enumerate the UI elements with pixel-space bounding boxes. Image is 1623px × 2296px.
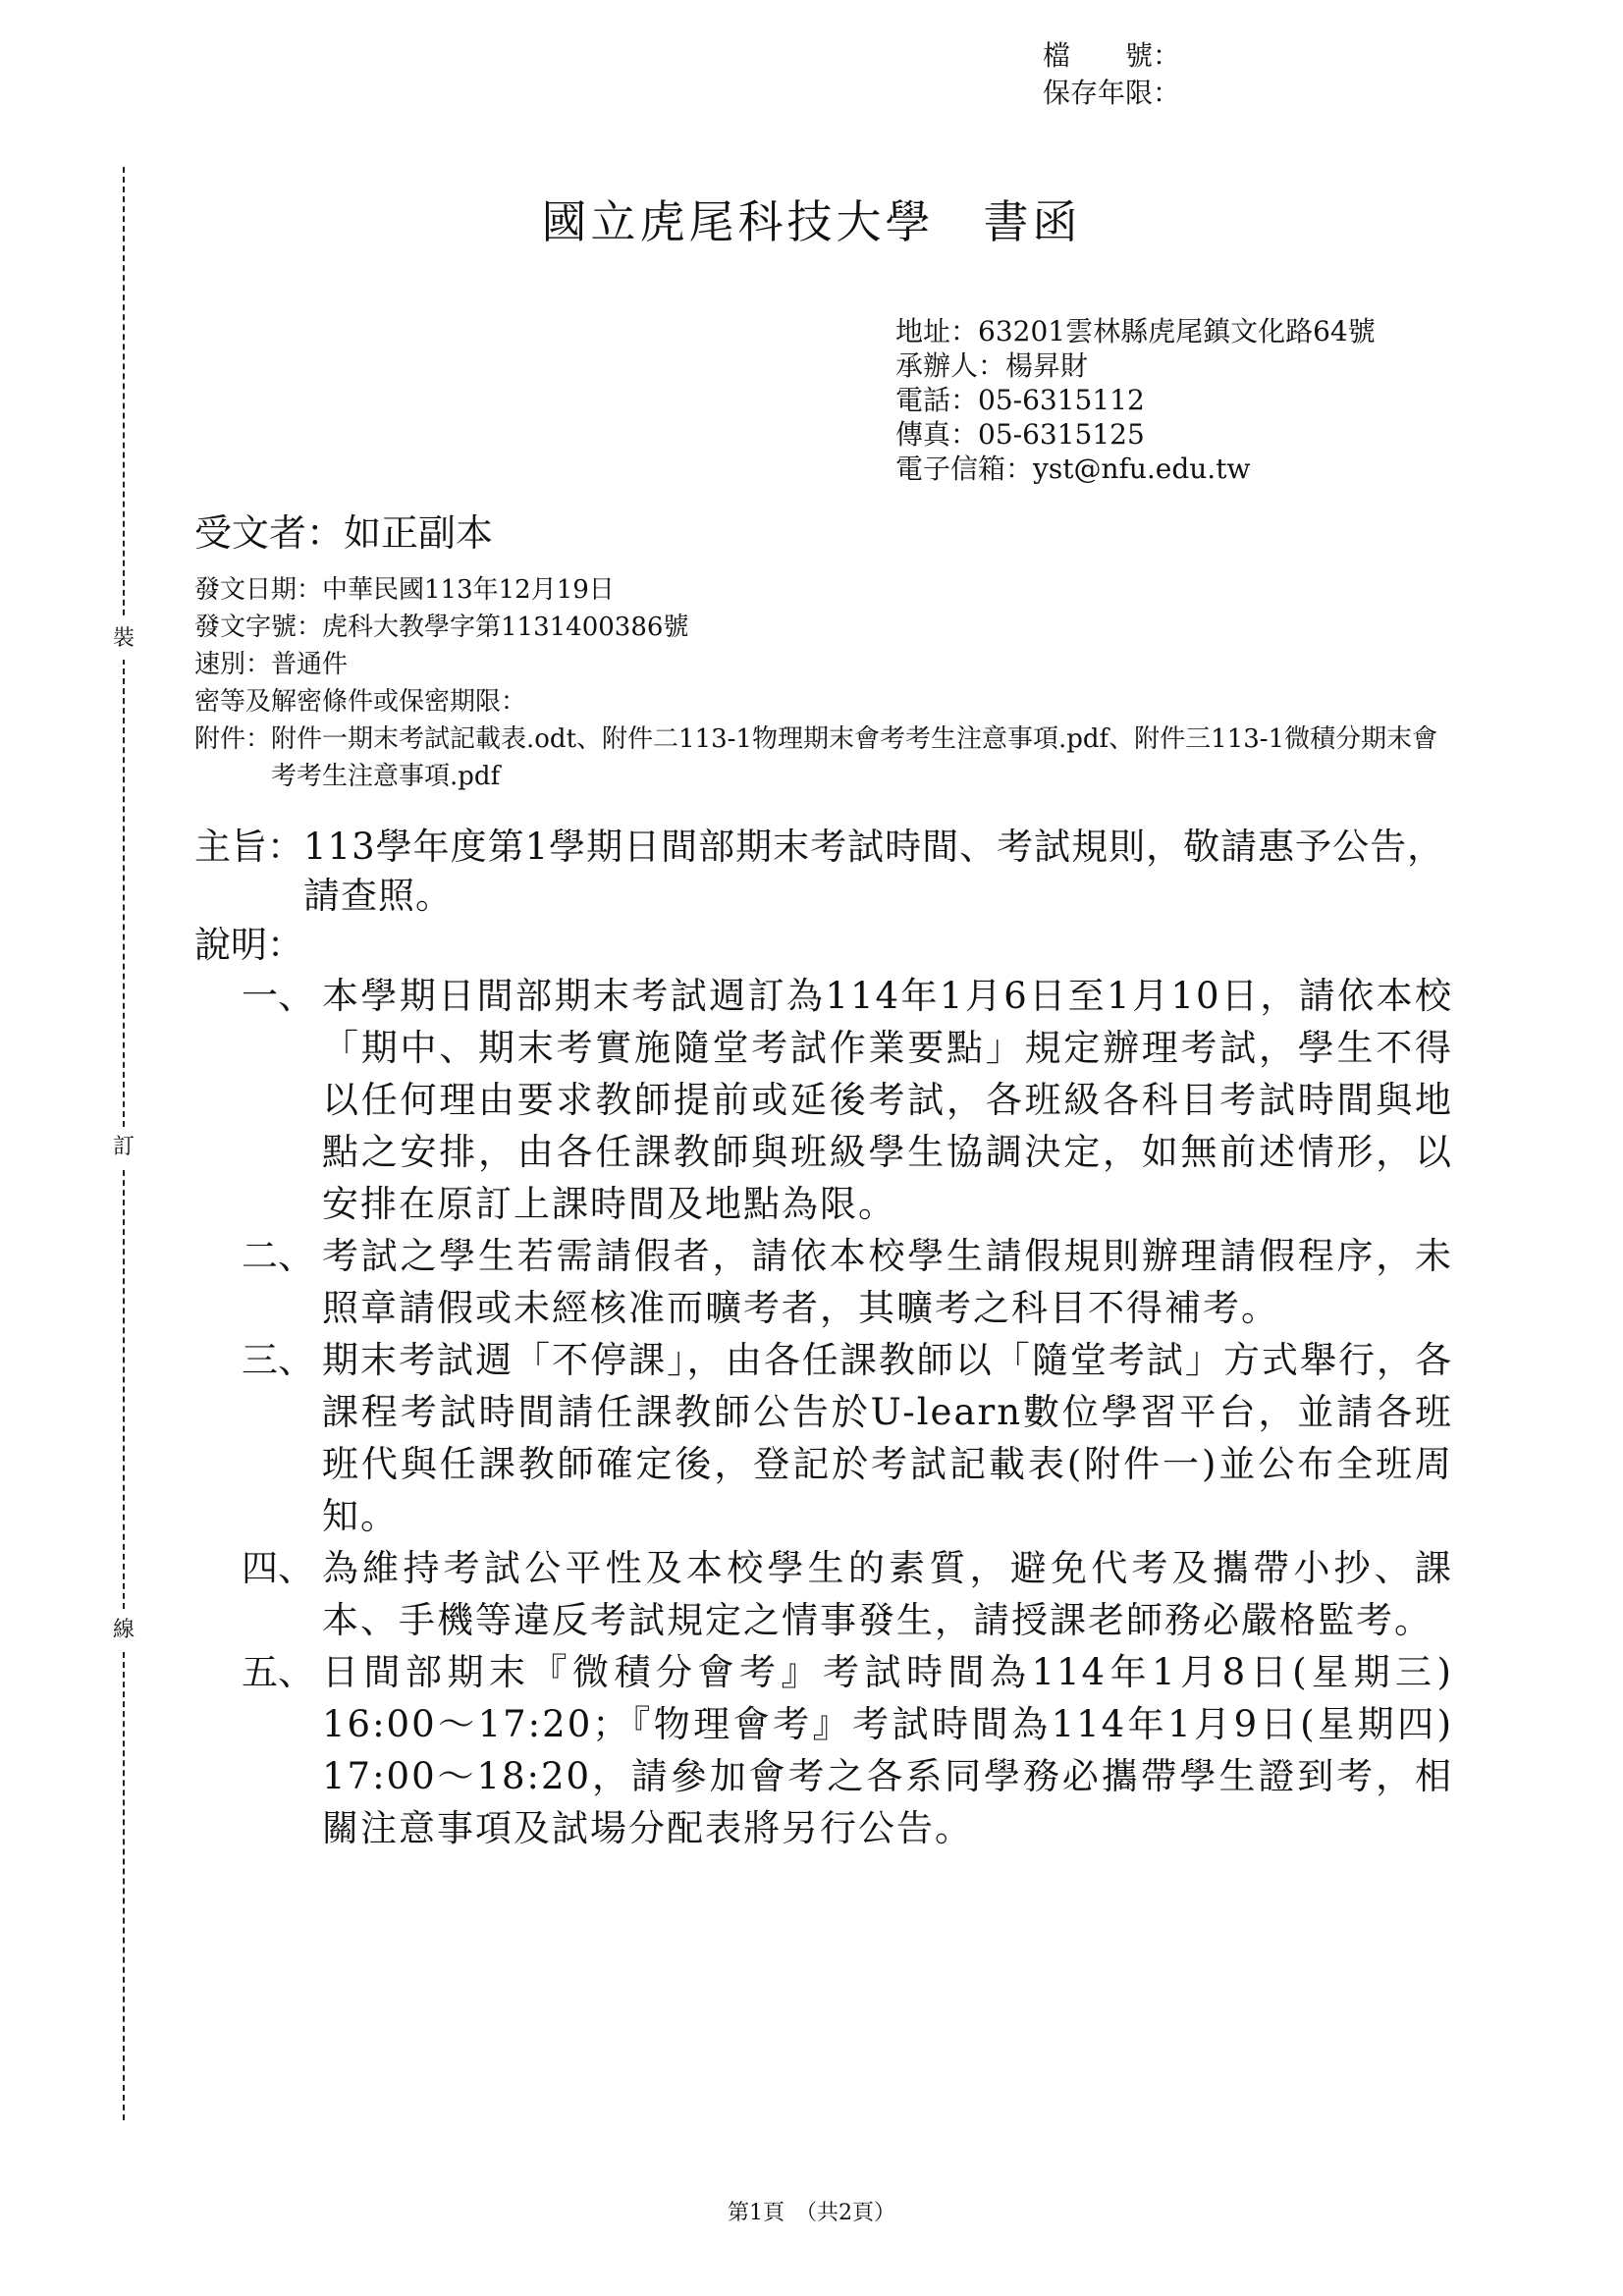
file-meta: 檔 號： 保存年限： — [1043, 37, 1180, 112]
page-number: 第1頁 （共2頁） — [0, 2196, 1623, 2226]
item-number: 三、 — [242, 1334, 322, 1542]
address: 地址：63201雲林縣虎尾鎮文化路64號 — [895, 314, 1376, 348]
secrecy-level: 密等及解密條件或保密期限： — [194, 683, 1451, 721]
attachments-label: 附件： — [194, 721, 271, 795]
phone: 電話：05-6315112 — [895, 383, 1376, 417]
document-title: 國立虎尾科技大學 書函 — [0, 187, 1623, 251]
recipient: 受文者：如正副本 — [194, 503, 493, 557]
explanation-item: 四、 為維持考試公平性及本校學生的素質，避免代考及攜帶小抄、課本、手機等違反考試… — [242, 1542, 1453, 1646]
binding-mark-xian: 線 — [110, 1610, 137, 1651]
explanation-items: 一、 本學期日間部期末考試週訂為114年1月6日至1月10日，請依本校「期中、期… — [242, 970, 1453, 1854]
fax: 傳真：05-6315125 — [895, 417, 1376, 452]
explanation-item: 一、 本學期日間部期末考試週訂為114年1月6日至1月10日，請依本校「期中、期… — [242, 970, 1453, 1230]
subject: 主旨： 113學年度第1學期日間部期末考試時間、考試規則，敬請惠予公告，請查照。 — [194, 823, 1453, 921]
binding-mark-ding: 訂 — [110, 1127, 137, 1168]
attachments-list: 附件一期末考試記載表.odt、附件二113-1物理期末會考考生注意事項.pdf、… — [271, 721, 1449, 795]
item-number: 二、 — [242, 1230, 322, 1334]
item-number: 五、 — [242, 1646, 322, 1854]
issue-date: 發文日期：中華民國113年12月19日 — [194, 571, 1451, 609]
item-text: 日間部期末『微積分會考』考試時間為114年1月8日(星期三) 16:00～17:… — [322, 1646, 1453, 1854]
subject-label: 主旨： — [194, 823, 303, 921]
item-text: 本學期日間部期末考試週訂為114年1月6日至1月10日，請依本校「期中、期末考實… — [322, 970, 1453, 1230]
handler: 承辦人：楊昇財 — [895, 348, 1376, 383]
explanation-item: 二、 考試之學生若需請假者，請依本校學生請假規則辦理請假程序，未照章請假或未經核… — [242, 1230, 1453, 1334]
item-text: 考試之學生若需請假者，請依本校學生請假規則辦理請假程序，未照章請假或未經核准而曠… — [322, 1230, 1453, 1334]
document-number: 發文字號：虎科大教學字第1131400386號 — [194, 609, 1451, 646]
explanation-item: 五、 日間部期末『微積分會考』考試時間為114年1月8日(星期三) 16:00～… — [242, 1646, 1453, 1854]
delivery-speed: 速別：普通件 — [194, 646, 1451, 683]
contact-block: 地址：63201雲林縣虎尾鎮文化路64號 承辦人：楊昇財 電話：05-63151… — [895, 314, 1376, 486]
item-text: 為維持考試公平性及本校學生的素質，避免代考及攜帶小抄、課本、手機等違反考試規定之… — [322, 1542, 1453, 1646]
email: 電子信箱：yst@nfu.edu.tw — [895, 452, 1376, 486]
attachments: 附件： 附件一期末考試記載表.odt、附件二113-1物理期末會考考生注意事項.… — [194, 721, 1451, 795]
item-number: 一、 — [242, 970, 322, 1230]
document-meta: 發文日期：中華民國113年12月19日 發文字號：虎科大教學字第11314003… — [194, 571, 1451, 795]
explanation-item: 三、 期末考試週「不停課」，由各任課教師以「隨堂考試」方式舉行，各課程考試時間請… — [242, 1334, 1453, 1542]
explanation-label: 說明： — [194, 921, 1453, 970]
file-number-label: 檔 號： — [1043, 37, 1180, 75]
item-text: 期末考試週「不停課」，由各任課教師以「隨堂考試」方式舉行，各課程考試時間請任課教… — [322, 1334, 1453, 1542]
retention-period-label: 保存年限： — [1043, 75, 1180, 112]
binding-mark-zhuang: 裝 — [110, 618, 137, 660]
subject-text: 113學年度第1學期日間部期末考試時間、考試規則，敬請惠予公告，請查照。 — [303, 823, 1453, 921]
document-body: 主旨： 113學年度第1學期日間部期末考試時間、考試規則，敬請惠予公告，請查照。… — [194, 823, 1453, 1854]
item-number: 四、 — [242, 1542, 322, 1646]
